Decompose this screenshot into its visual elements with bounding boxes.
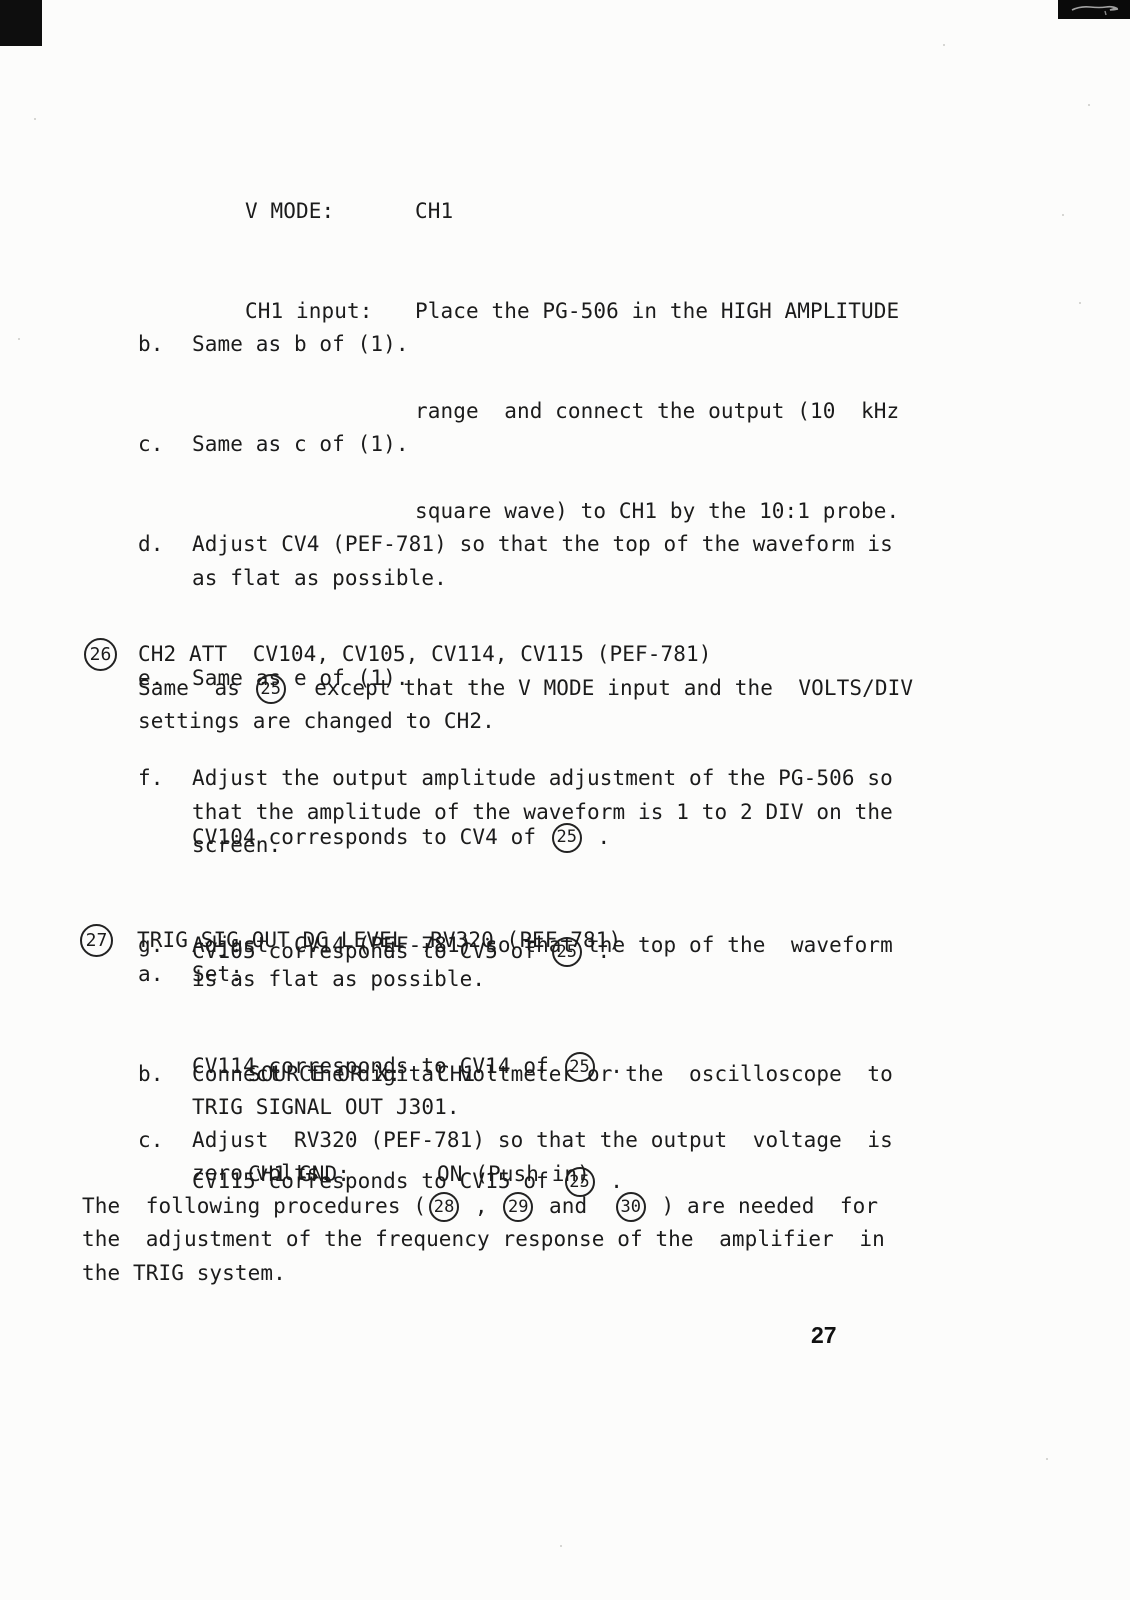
corr-text: CV104 corresponds to CV4 of bbox=[192, 825, 549, 849]
item-marker: c. bbox=[138, 1124, 192, 1191]
item-text: Set: bbox=[192, 958, 243, 991]
setting-value: CH1 bbox=[415, 195, 453, 228]
item-text: Adjust CV4 (PEF-781) so that the top of … bbox=[192, 528, 893, 595]
corr-suffix: . bbox=[585, 825, 611, 849]
scan-noise-dot bbox=[1088, 104, 1090, 106]
body-text: except that the V MODE input and the VOL… bbox=[289, 676, 913, 700]
scan-noise-dot bbox=[560, 1545, 562, 1547]
closing-text: , bbox=[462, 1194, 500, 1218]
closing-text: the adjustment of the frequency response… bbox=[82, 1227, 885, 1251]
section-title: TRIG SIG OUT DC LEVEL RV320 (PEF-781) bbox=[137, 924, 621, 957]
item-marker: b. bbox=[138, 328, 192, 361]
item-text: Connect the digital voltmeter or the osc… bbox=[192, 1058, 893, 1125]
section-number-badge: 26 bbox=[84, 638, 117, 671]
item-marker: a. bbox=[138, 958, 192, 991]
inline-ref-badge: 29 bbox=[503, 1192, 533, 1222]
scan-noise-dot bbox=[18, 338, 20, 340]
item-marker: c. bbox=[138, 428, 192, 461]
inline-ref-badge: 28 bbox=[429, 1192, 459, 1222]
closing-text: the TRIG system. bbox=[82, 1261, 286, 1285]
item-text: Adjust RV320 (PEF-781) so that the outpu… bbox=[192, 1124, 893, 1191]
scan-artifact-top-left bbox=[0, 0, 42, 46]
scan-noise-dot bbox=[1062, 214, 1064, 216]
closing-paragraph: The following procedures (28 , 29 and 30… bbox=[82, 1190, 885, 1290]
closing-text: and bbox=[536, 1194, 612, 1218]
document-page: V MODE:CH1 CH1 input:Place the PG-506 in… bbox=[0, 0, 1130, 1600]
item-marker: f. bbox=[138, 762, 192, 862]
closing-text: The following procedures ( bbox=[82, 1194, 426, 1218]
procedure-item: d.Adjust CV4 (PEF-781) so that the top o… bbox=[138, 528, 893, 595]
item-marker: d. bbox=[138, 528, 192, 595]
scan-artifact-top-right bbox=[1058, 0, 1130, 19]
item-text: Same as b of (1). bbox=[192, 328, 409, 361]
inline-ref-badge: 30 bbox=[616, 1192, 646, 1222]
scan-noise-dot bbox=[1079, 302, 1081, 304]
scan-noise-dot bbox=[943, 44, 945, 46]
settings-row: V MODE:CH1 bbox=[245, 195, 899, 228]
procedure-item: b.Connect the digital voltmeter or the o… bbox=[138, 1058, 893, 1125]
body-text: Same as bbox=[138, 676, 253, 700]
scan-noise-dot bbox=[1046, 1458, 1048, 1460]
inline-ref-badge: 25 bbox=[552, 823, 582, 853]
closing-text: ) are needed for bbox=[649, 1194, 878, 1218]
section-title: CH2 ATT CV104, CV105, CV114, CV115 (PEF-… bbox=[138, 638, 711, 671]
scan-noise-dot bbox=[34, 118, 36, 120]
body-text: settings are changed to CH2. bbox=[138, 709, 495, 733]
item-marker: b. bbox=[138, 1058, 192, 1125]
item-text: Same as c of (1). bbox=[192, 428, 409, 461]
procedure-item: b.Same as b of (1). bbox=[138, 328, 893, 361]
procedure-item: c.Same as c of (1). bbox=[138, 428, 893, 461]
correspondence-row: CV104 corresponds to CV4 of 25 . bbox=[192, 818, 623, 856]
procedure-item: c.Adjust RV320 (PEF-781) so that the out… bbox=[138, 1124, 893, 1191]
pen-scribble-icon bbox=[1058, 0, 1130, 19]
section-number-badge: 27 bbox=[80, 924, 113, 957]
inline-ref-badge: 25 bbox=[256, 674, 286, 704]
section-body: Same as 25 except that the V MODE input … bbox=[138, 672, 913, 739]
page-number: 27 bbox=[811, 1322, 837, 1349]
setting-label: V MODE: bbox=[245, 195, 415, 228]
procedure-item: a.Set: bbox=[138, 958, 243, 991]
